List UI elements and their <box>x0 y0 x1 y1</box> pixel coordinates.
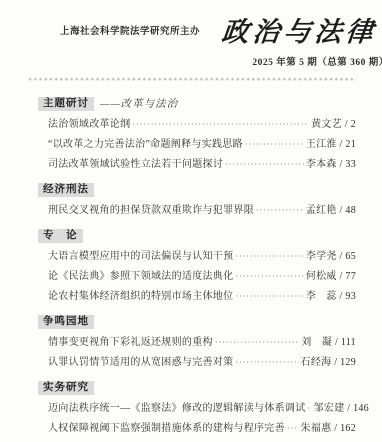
section-label-row: 争鸣园地 <box>38 315 356 329</box>
article-row[interactable]: “以改革之力完善法治”命题阐释与实践思路····················… <box>48 138 356 151</box>
article-author-page: 孟红艳 / 48 <box>306 204 356 217</box>
dot-leader: ········································… <box>235 250 303 263</box>
article-author-page: 朱福惠 / 162 <box>301 422 356 435</box>
toc-section: 主题研讨——改革与法治法治领域改革论纲·····················… <box>38 96 356 171</box>
article-author-page: 李本森 / 33 <box>306 158 356 171</box>
issue-line: 2025 年第 5 期（总第 360 期） <box>222 54 382 68</box>
article-title[interactable]: 刑民交叉视角的担保贷款双重欺诈与犯罪界限 <box>48 204 254 217</box>
section-label: 经济刑法 <box>38 183 94 197</box>
dot-leader: ········································… <box>215 336 299 349</box>
article-title[interactable]: 司法改革领域试验性立法若干问题探讨 <box>48 158 223 171</box>
article-author-page: 邹宏建 / 146 <box>314 402 369 415</box>
toc-section: 专 论大语言模型应用中的司法偏误与认知干预···················… <box>38 229 356 303</box>
article-row[interactable]: 大语言模型应用中的司法偏误与认知干预······················… <box>48 250 356 263</box>
article-author-page: 李学尧 / 65 <box>306 250 356 263</box>
article-author-page: 王江淮 / 21 <box>306 138 356 151</box>
article-row[interactable]: 刑民交叉视角的担保贷款双重欺诈与犯罪界限····················… <box>48 204 356 217</box>
section-label: 主题研讨 <box>38 97 94 111</box>
article-author-page: 黄文艺 / 2 <box>311 118 356 131</box>
journal-header: 上海社会科学院法学研究所主办 政治与法律（月刊） 2025 年第 5 期（总第 … <box>0 0 382 68</box>
article-row[interactable]: 情事变更视角下彩礼返还规则的重构························… <box>48 336 356 349</box>
section-label: 实务研究 <box>38 381 94 395</box>
section-label: 专 论 <box>38 229 83 243</box>
article-row[interactable]: 法治领域改革论纲································… <box>48 118 356 131</box>
article-author-page: 刘 凝 / 111 <box>301 336 356 349</box>
section-label-row: 主题研讨——改革与法治 <box>38 96 356 111</box>
article-row[interactable]: 认罪认罚情节适用的从宽困惑与完善对策······················… <box>48 356 356 369</box>
dot-leader: ········································… <box>235 356 298 369</box>
article-title[interactable]: 论《民法典》参照下领域法的适度法典化 <box>48 270 233 283</box>
article-title[interactable]: 认罪认罚情节适用的从宽困惑与完善对策 <box>48 356 233 369</box>
dot-leader: ········································… <box>235 290 303 303</box>
article-title[interactable]: 迈向法秩序统一—《监察法》修改的逻辑解读与体系调试 <box>48 402 306 415</box>
article-row[interactable]: 迈向法秩序统一—《监察法》修改的逻辑解读与体系调试···············… <box>48 402 356 415</box>
article-title[interactable]: 法治领域改革论纲 <box>48 118 130 131</box>
section-label-row: 实务研究 <box>38 381 356 395</box>
dot-leader: ········································… <box>235 270 303 283</box>
article-row[interactable]: 论农村集体经济组织的特别市场主体地位······················… <box>48 290 356 303</box>
dot-leader: ········································… <box>308 402 312 415</box>
toc-section: 争鸣园地情事变更视角下彩礼返还规则的重构····················… <box>38 315 356 369</box>
decorative-separator: ✳✳✳✳✳✳✳✳✳✳✳✳✳✳✳✳✳✳✳✳✳✳✳✳✳✳✳✳✳✳✳✳✳✳✳✳✳✳✳✳… <box>28 77 356 85</box>
article-title[interactable]: 人权保障视阈下监察强制措施体系的建构与程序完善 <box>48 422 285 435</box>
dot-leader: ········································… <box>245 138 304 151</box>
article-author-page: 石经海 / 129 <box>301 356 356 369</box>
toc-section: 经济刑法刑民交叉视角的担保贷款双重欺诈与犯罪界限················… <box>38 183 356 217</box>
toc-section: 实务研究迈向法秩序统一—《监察法》修改的逻辑解读与体系调试···········… <box>38 381 356 435</box>
section-label: 争鸣园地 <box>38 315 94 329</box>
article-title[interactable]: 论农村集体经济组织的特别市场主体地位 <box>48 290 233 303</box>
dot-leader: ········································… <box>132 118 309 131</box>
article-title[interactable]: 大语言模型应用中的司法偏误与认知干预 <box>48 250 233 263</box>
journal-toc-page: 上海社会科学院法学研究所主办 政治与法律（月刊） 2025 年第 5 期（总第 … <box>0 0 382 442</box>
dot-leader: ········································… <box>256 204 304 217</box>
section-label-row: 经济刑法 <box>38 183 356 197</box>
section-subtitle: ——改革与法治 <box>100 96 178 111</box>
article-row[interactable]: 论《民法典》参照下领域法的适度法典化······················… <box>48 270 356 283</box>
article-title[interactable]: “以改革之力完善法治”命题阐释与实践思路 <box>48 138 243 151</box>
article-row[interactable]: 人权保障视阈下监察强制措施体系的建构与程序完善·················… <box>48 422 356 435</box>
article-row[interactable]: 司法改革领域试验性立法若干问题探讨·······················… <box>48 158 356 171</box>
journal-title: 政治与法律 <box>220 10 379 49</box>
dot-leader: ········································… <box>287 422 299 435</box>
article-title[interactable]: 情事变更视角下彩礼返还规则的重构 <box>48 336 213 349</box>
article-author-page: 李 蕊 / 93 <box>306 290 356 303</box>
dot-leader: ········································… <box>225 158 304 171</box>
article-author-page: 何松威 / 77 <box>306 270 356 283</box>
toc-sections: 主题研讨——改革与法治法治领域改革论纲·····················… <box>0 96 382 435</box>
masthead-block: 政治与法律（月刊） 2025 年第 5 期（总第 360 期） <box>222 10 382 68</box>
publisher-line: 上海社会科学院法学研究所主办 <box>60 23 200 37</box>
section-label-row: 专 论 <box>38 229 356 243</box>
